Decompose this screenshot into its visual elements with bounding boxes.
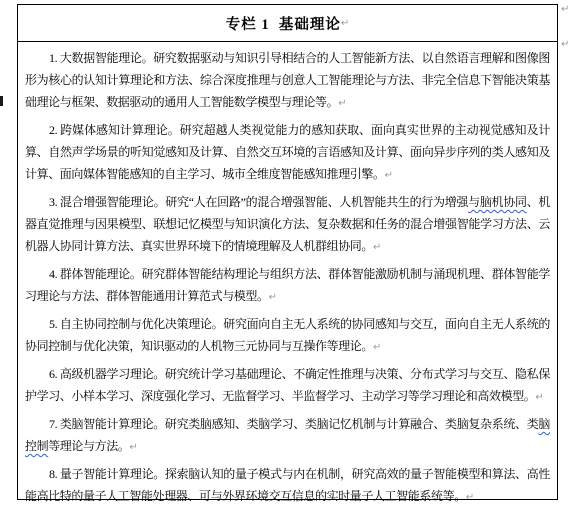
paragraph-text: 5. 自主协同控制与优化决策理论。研究面向自主无人系统的协同感知与交互，面向自主… xyxy=(25,317,550,353)
paragraph-mark-icon: ↵ xyxy=(129,442,137,453)
panel-title: 专栏 1 基础理论 xyxy=(226,13,341,34)
paragraph: 6. 高级机器学习理论。研究统计学习基础理论、不确定性推理与决策、分布式学习与交… xyxy=(25,363,550,409)
column-box-table: 专栏 1 基础理论↵ 1. 大数据智能理论。研究数据驱动与知识引导相结合的人工智… xyxy=(17,4,558,500)
paragraph-mark-icon: ↵ xyxy=(466,492,474,503)
document-page: 专栏 1 基础理论↵ 1. 大数据智能理论。研究数据驱动与知识引导相结合的人工智… xyxy=(0,0,572,506)
paragraph-text: 6. 高级机器学习理论。研究统计学习基础理论、不确定性推理与决策、分布式学习与交… xyxy=(25,367,550,403)
paragraph: 1. 大数据智能理论。研究数据驱动与知识引导相结合的人工智能新方法、以自然语言理… xyxy=(25,47,550,115)
left-edge-artifact xyxy=(0,96,3,106)
paragraph: 2. 跨媒体感知计算理论。研究超越人类视觉能力的感知获取、面向真实世界的主动视觉… xyxy=(25,119,550,187)
end-of-row-mark-icon: ↵ xyxy=(561,39,569,50)
paragraph-mark-icon: ↵ xyxy=(535,392,543,403)
paragraph-mark-icon: ↵ xyxy=(373,342,381,353)
paragraph: 4. 群体智能理论。研究群体智能结构理论与组织方法、群体智能激励机制与涌现机理、… xyxy=(25,263,550,309)
paragraph: 8. 量子智能计算理论。探索脑认知的量子模式与内在机制，研究高效的量子智能模型和… xyxy=(25,463,550,506)
paragraph: 5. 自主协同控制与优化决策理论。研究面向自主无人系统的协同感知与交互，面向自主… xyxy=(25,313,550,359)
paragraph-text: 等理论与方法。 xyxy=(48,439,129,453)
panel-body-cell: 1. 大数据智能理论。研究数据驱动与知识引导相结合的人工智能新方法、以自然语言理… xyxy=(18,42,557,506)
paragraph-mark-icon: ↵ xyxy=(373,242,381,253)
paragraph: 3. 混合增强智能理论。研究“人在回路”的混合增强智能、人机智能共生的行为增强与… xyxy=(25,191,550,259)
paragraph-mark-icon: ↵ xyxy=(269,292,277,303)
paragraph: 7. 类脑智能计算理论。研究类脑感知、类脑学习、类脑记忆机制与计算融合、类脑复杂… xyxy=(25,413,550,459)
paragraph-text: 4. 群体智能理论。研究群体智能结构理论与组织方法、群体智能激励机制与涌现机理、… xyxy=(25,267,550,303)
end-of-row-mark-icon: ↵ xyxy=(561,4,569,15)
paragraph-mark-icon: ↵ xyxy=(341,18,349,29)
grammar-check-underlined-text: 与脑机协同 xyxy=(468,195,527,209)
paragraph-text: 2. 跨媒体感知计算理论。研究超越人类视觉能力的感知获取、面向真实世界的主动视觉… xyxy=(25,123,550,181)
panel-title-row: 专栏 1 基础理论↵ xyxy=(18,5,557,42)
paragraph-text: 7. 类脑智能计算理论。研究类脑感知、类脑学习、类脑记忆机制与计算融合、类脑复杂… xyxy=(49,417,538,431)
paragraph-text: 3. 混合增强智能理论。研究“人在回路”的混合增强智能、人机智能共生的行为增强 xyxy=(49,195,468,209)
paragraph-mark-icon: ↵ xyxy=(338,98,346,109)
paragraph-text: 1. 大数据智能理论。研究数据驱动与知识引导相结合的人工智能新方法、以自然语言理… xyxy=(25,51,550,109)
paragraph-mark-icon: ↵ xyxy=(385,170,393,181)
